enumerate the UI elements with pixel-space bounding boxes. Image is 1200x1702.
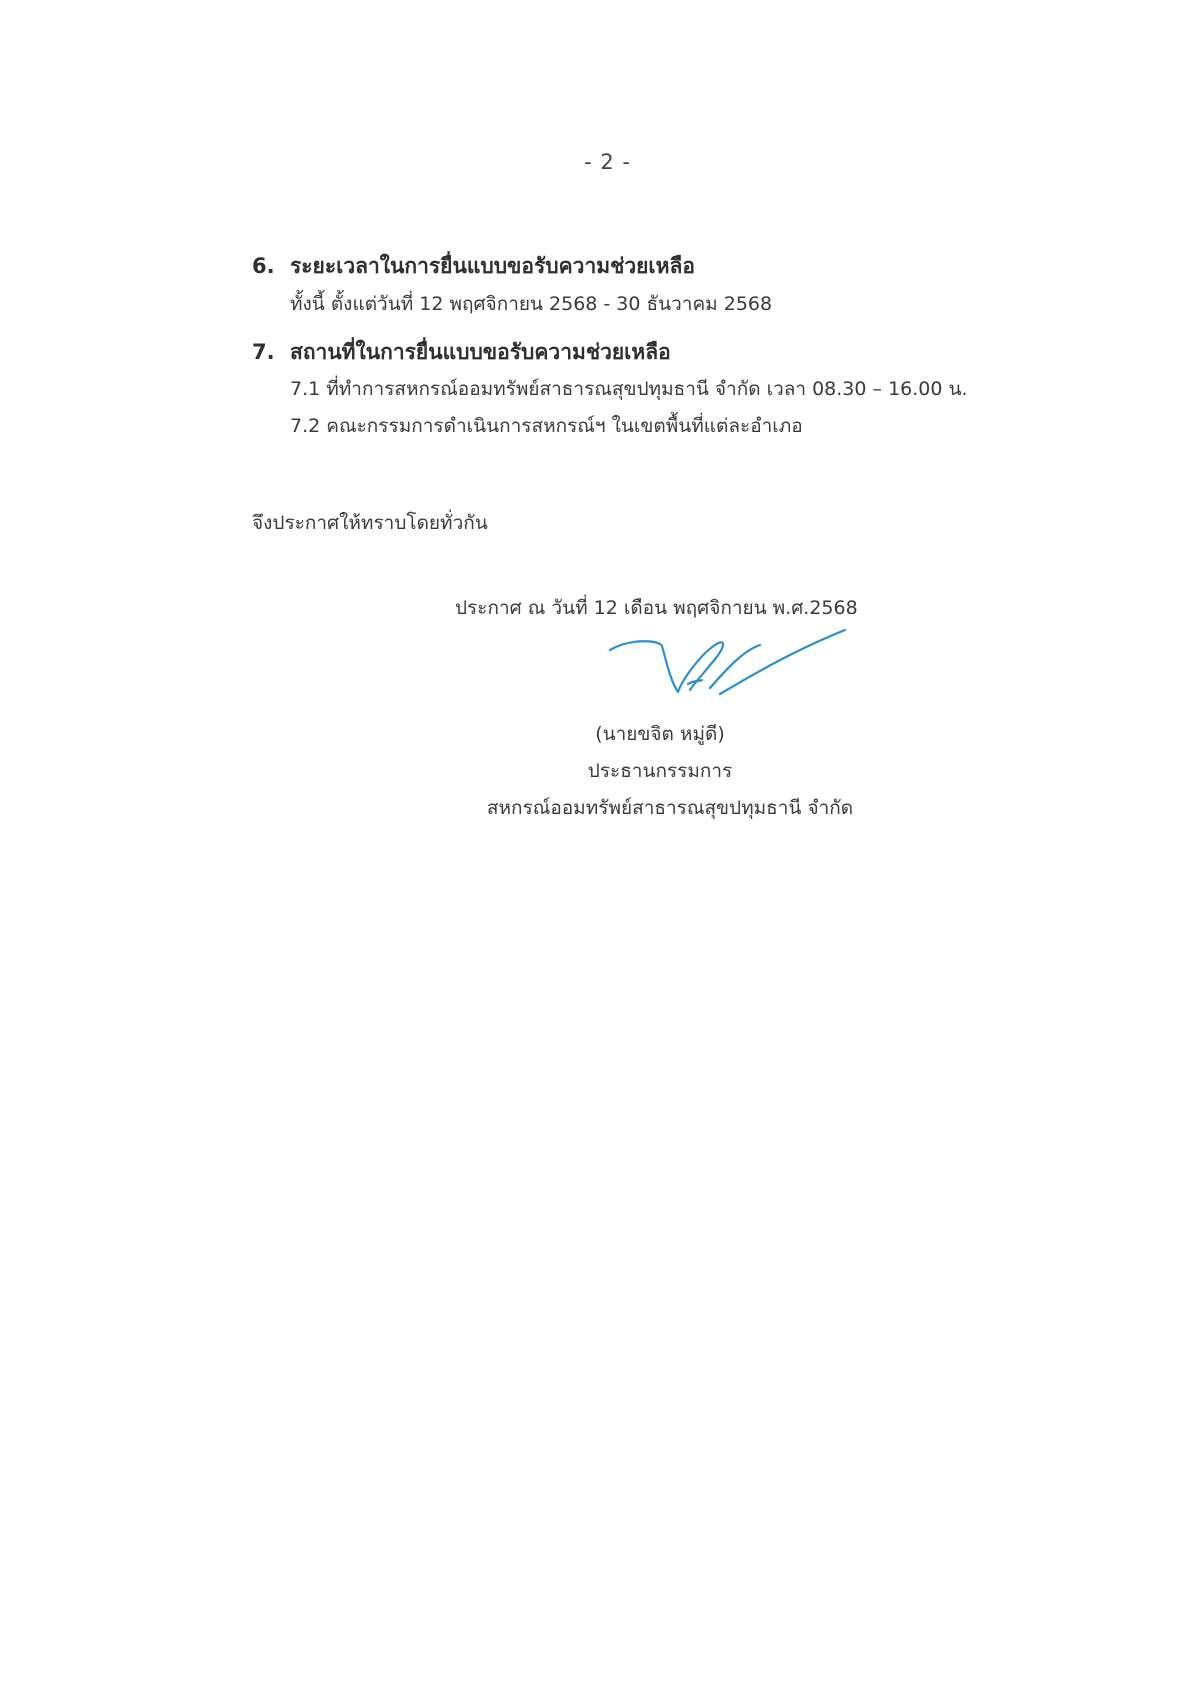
section-6-period: ทั้งนี้ ตั้งแต่วันที่ 12 พฤศจิกายน 2568 … bbox=[290, 289, 772, 319]
section-7-heading: 7.สถานที่ในการยื่นแบบขอรับความช่วยเหลือ bbox=[252, 336, 671, 369]
section-6-number: 6. bbox=[252, 254, 290, 278]
closing-statement: จึงประกาศให้ทราบโดยทั่วกัน bbox=[252, 508, 488, 538]
section-6-title: ระยะเวลาในการยื่นแบบขอรับความช่วยเหลือ bbox=[290, 254, 695, 278]
page-number: - 2 - bbox=[0, 150, 1200, 174]
section-7-title: สถานที่ในการยื่นแบบขอรับความช่วยเหลือ bbox=[290, 340, 671, 364]
signatory-organization: สหกรณ์ออมทรัพย์สาธารณสุขปทุมธานี จำกัด bbox=[470, 793, 870, 823]
section-7-number: 7. bbox=[252, 340, 290, 364]
section-7-item-2: 7.2 คณะกรรมการดำเนินการสหกรณ์ฯ ในเขตพื้น… bbox=[290, 411, 803, 441]
section-7-item-1: 7.1 ที่ทำการสหกรณ์ออมทรัพย์สาธารณสุขปทุม… bbox=[290, 374, 968, 404]
announcement-date: ประกาศ ณ วันที่ 12 เดือน พฤศจิกายน พ.ศ.2… bbox=[455, 593, 858, 623]
signatory-name: (นายขจิต หมู่ดี) bbox=[540, 719, 780, 749]
section-6-heading: 6.ระยะเวลาในการยื่นแบบขอรับความช่วยเหลือ bbox=[252, 250, 695, 283]
signature-icon bbox=[600, 620, 860, 710]
signatory-position: ประธานกรรมการ bbox=[540, 756, 780, 786]
